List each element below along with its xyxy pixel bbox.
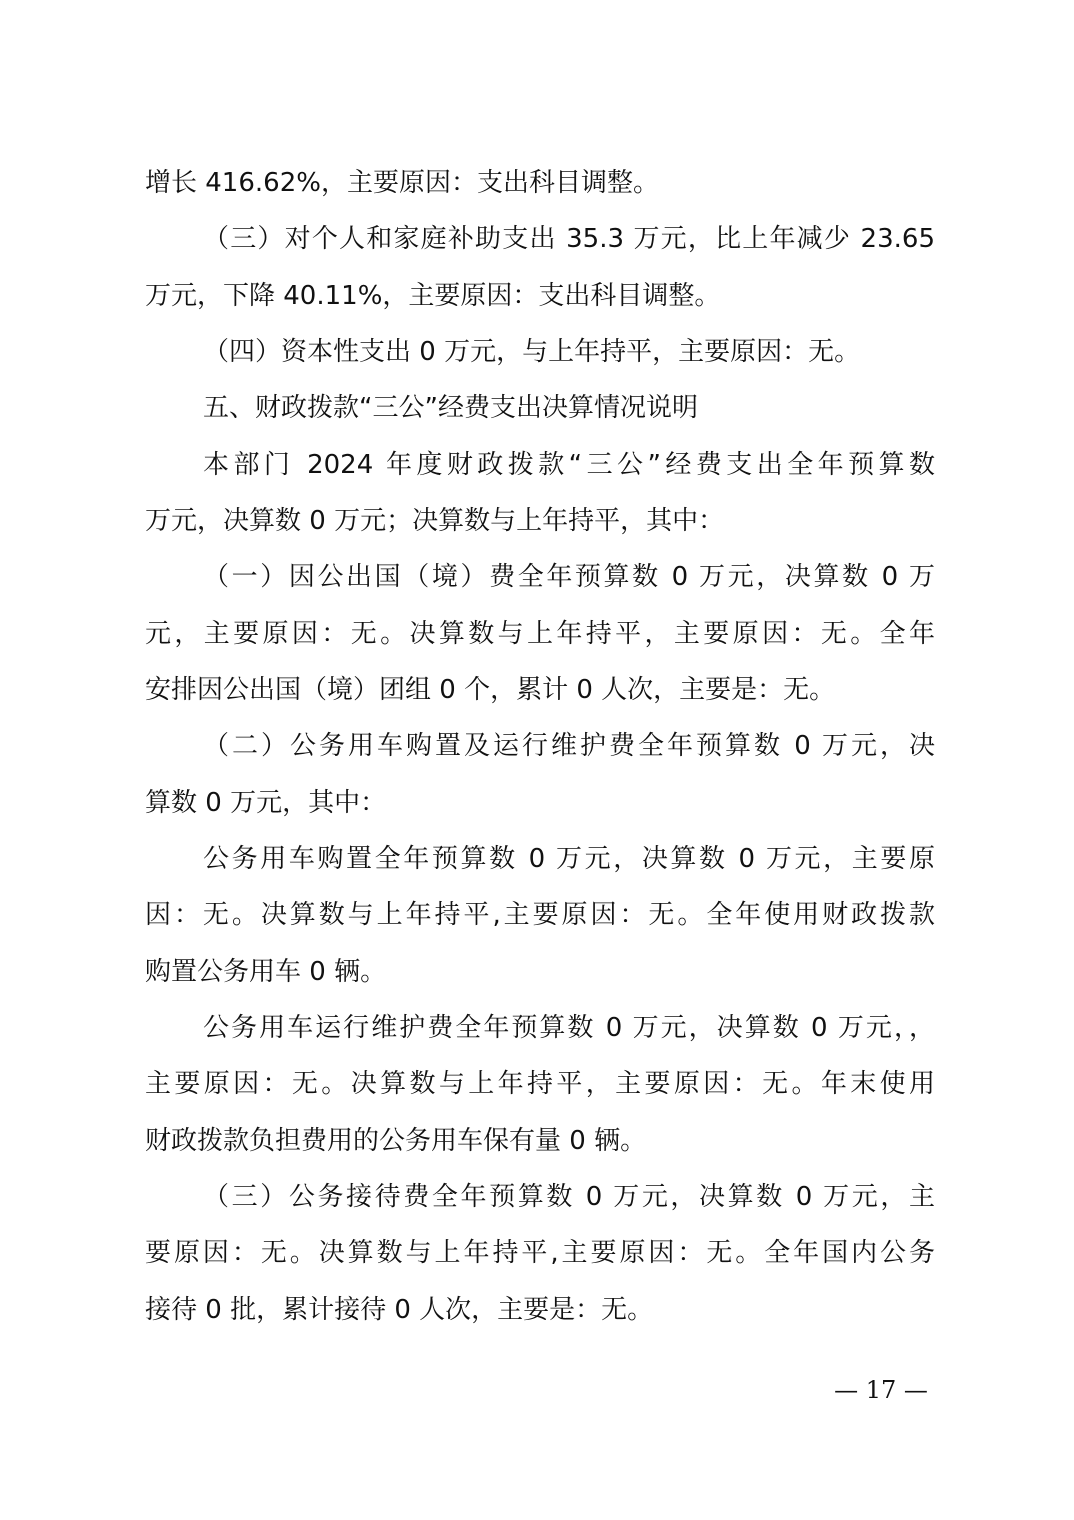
page-number: — 17 — xyxy=(826,1372,936,1408)
paragraph-line: 万元，下降 40.11%，主要原因：支出科目调整。 xyxy=(145,276,935,316)
paragraph-line: 本部门 2024 年度财政拨款“三公”经费支出全年预算数 xyxy=(203,445,935,485)
paragraph-line: 公务用车运行维护费全年预算数 0 万元，决算数 0 万元，， xyxy=(203,1008,935,1048)
paragraph-line: 要原因：无。决算数与上年持平,主要原因：无。全年国内公务 xyxy=(145,1233,935,1273)
paragraph-line: 公务用车购置全年预算数 0 万元，决算数 0 万元，主要原 xyxy=(203,839,935,879)
paragraph-line: 安排因公出国（境）团组 0 个，累计 0 人次，主要是：无。 xyxy=(145,670,935,710)
paragraph-line: （三）公务接待费全年预算数 0 万元，决算数 0 万元，主 xyxy=(203,1177,935,1217)
paragraph-line: （三）对个人和家庭补助支出 35.3 万元，比上年减少 23.65 xyxy=(203,219,935,259)
paragraph-line: （四）资本性支出 0 万元，与上年持平，主要原因：无。 xyxy=(203,332,935,372)
document-page: 增长 416.62%，主要原因：支出科目调整。 （三）对个人和家庭补助支出 35… xyxy=(0,0,1074,1520)
paragraph-line: 接待 0 批，累计接待 0 人次，主要是：无。 xyxy=(145,1290,935,1330)
paragraph-line: 增长 416.62%，主要原因：支出科目调整。 xyxy=(145,163,935,203)
paragraph-line: 主要原因：无。决算数与上年持平，主要原因：无。年末使用 xyxy=(145,1064,935,1104)
section-heading: 五、财政拨款“三公”经费支出决算情况说明 xyxy=(203,388,935,428)
paragraph-line: 财政拨款负担费用的公务用车保有量 0 辆。 xyxy=(145,1121,935,1161)
paragraph-line: 购置公务用车 0 辆。 xyxy=(145,952,935,992)
paragraph-line: 元，主要原因：无。决算数与上年持平，主要原因：无。全年 xyxy=(145,614,935,654)
paragraph-line: 算数 0 万元，其中： xyxy=(145,783,935,823)
paragraph-line: （一）因公出国（境）费全年预算数 0 万元，决算数 0 万 xyxy=(203,557,935,597)
paragraph-line: 万元，决算数 0 万元；决算数与上年持平，其中： xyxy=(145,501,935,541)
paragraph-line: （二）公务用车购置及运行维护费全年预算数 0 万元，决 xyxy=(203,726,935,766)
paragraph-line: 因：无。决算数与上年持平,主要原因：无。全年使用财政拨款 xyxy=(145,895,935,935)
